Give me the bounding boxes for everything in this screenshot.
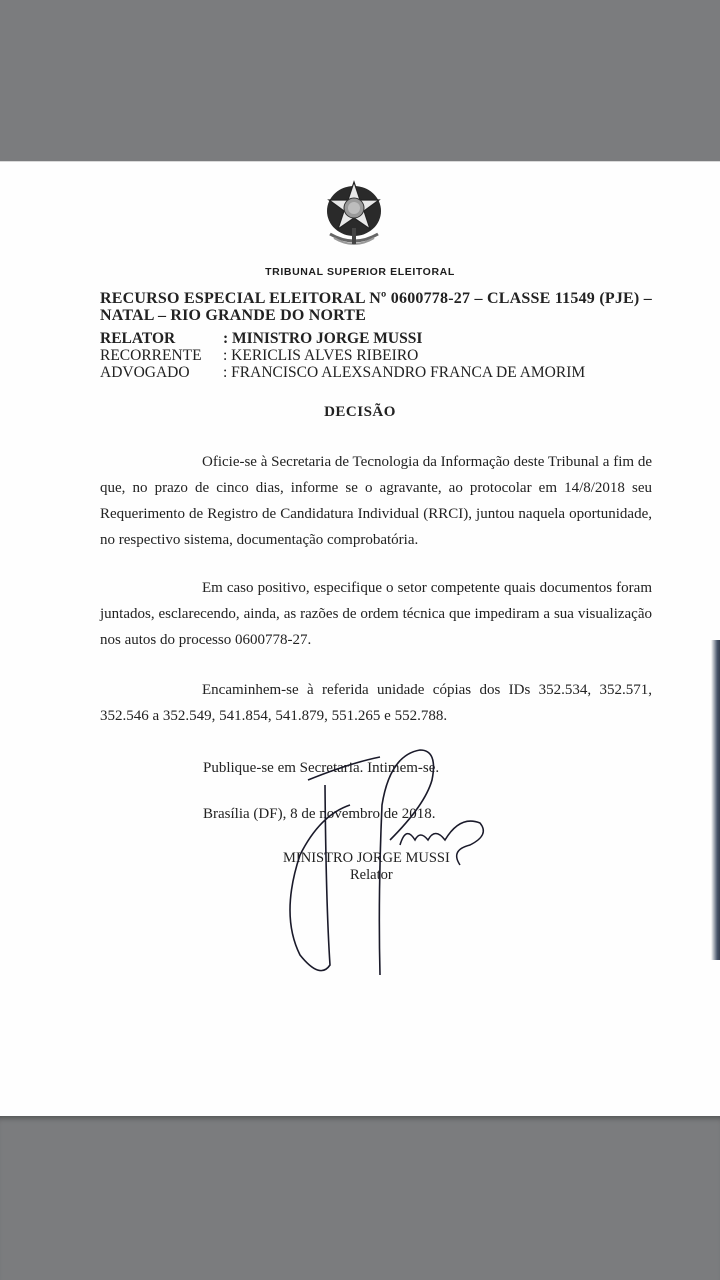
paragraph-3: Encaminhem-se à referida unidade cópias … (100, 677, 652, 729)
party-value: : MINISTRO JORGE MUSSI (223, 330, 422, 347)
publish-line: Publique-se em Secretaria. Intimem-se. (203, 760, 439, 777)
bottom-background (0, 1116, 720, 1280)
place-date: Brasília (DF), 8 de novembro de 2018. (203, 806, 435, 823)
party-label: RELATOR (100, 330, 223, 347)
court-name: TRIBUNAL SUPERIOR ELEITORAL (0, 266, 720, 278)
top-background (0, 0, 720, 160)
party-value: : KERICLIS ALVES RIBEIRO (223, 347, 418, 364)
signature-block: MINISTRO JORGE MUSSI Relator (283, 850, 450, 884)
paragraph-1: Oficie-se à Secretaria de Tecnologia da … (100, 449, 652, 553)
signer-role: Relator (283, 867, 450, 884)
case-title: RECURSO ESPECIAL ELEITORAL Nº 0600778-27… (100, 290, 652, 324)
party-value: : FRANCISCO ALEXSANDRO FRANCA DE AMORIM (223, 364, 585, 381)
party-row-advogado: ADVOGADO : FRANCISCO ALEXSANDRO FRANCA D… (100, 364, 585, 381)
parties-list: RELATOR : MINISTRO JORGE MUSSI RECORRENT… (100, 330, 585, 381)
decision-title: DECISÃO (0, 404, 720, 421)
party-row-relator: RELATOR : MINISTRO JORGE MUSSI (100, 330, 585, 347)
signer-name: MINISTRO JORGE MUSSI (283, 850, 450, 867)
brazil-coat-of-arms-icon (322, 178, 386, 252)
edge-shadow (711, 640, 720, 960)
party-row-recorrente: RECORRENTE : KERICLIS ALVES RIBEIRO (100, 347, 585, 364)
paragraph-2: Em caso positivo, especifique o setor co… (100, 575, 652, 653)
party-label: ADVOGADO (100, 364, 223, 381)
party-label: RECORRENTE (100, 347, 223, 364)
